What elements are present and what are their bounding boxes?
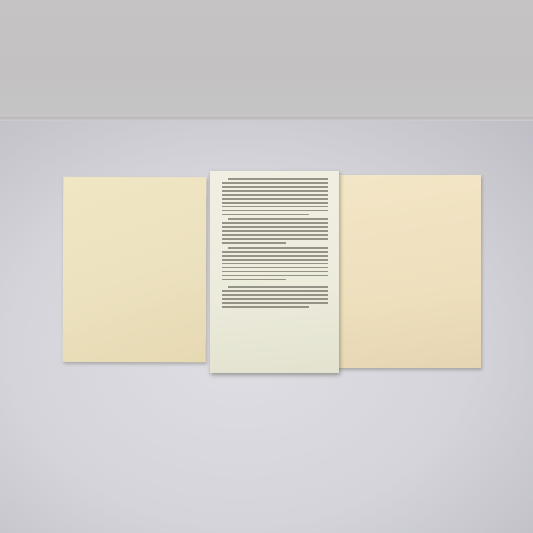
book-cover-middle: Back-cover blurb in small serif type (il… bbox=[210, 171, 339, 373]
background-wall bbox=[0, 0, 533, 120]
paragraph-2 bbox=[222, 218, 328, 244]
paragraph-author-bio bbox=[222, 286, 328, 308]
back-cover-text bbox=[222, 178, 328, 311]
paragraph-3 bbox=[222, 247, 328, 280]
paragraph-1 bbox=[222, 178, 328, 215]
book-cover-right bbox=[337, 175, 481, 368]
book-cover-left bbox=[63, 177, 207, 362]
